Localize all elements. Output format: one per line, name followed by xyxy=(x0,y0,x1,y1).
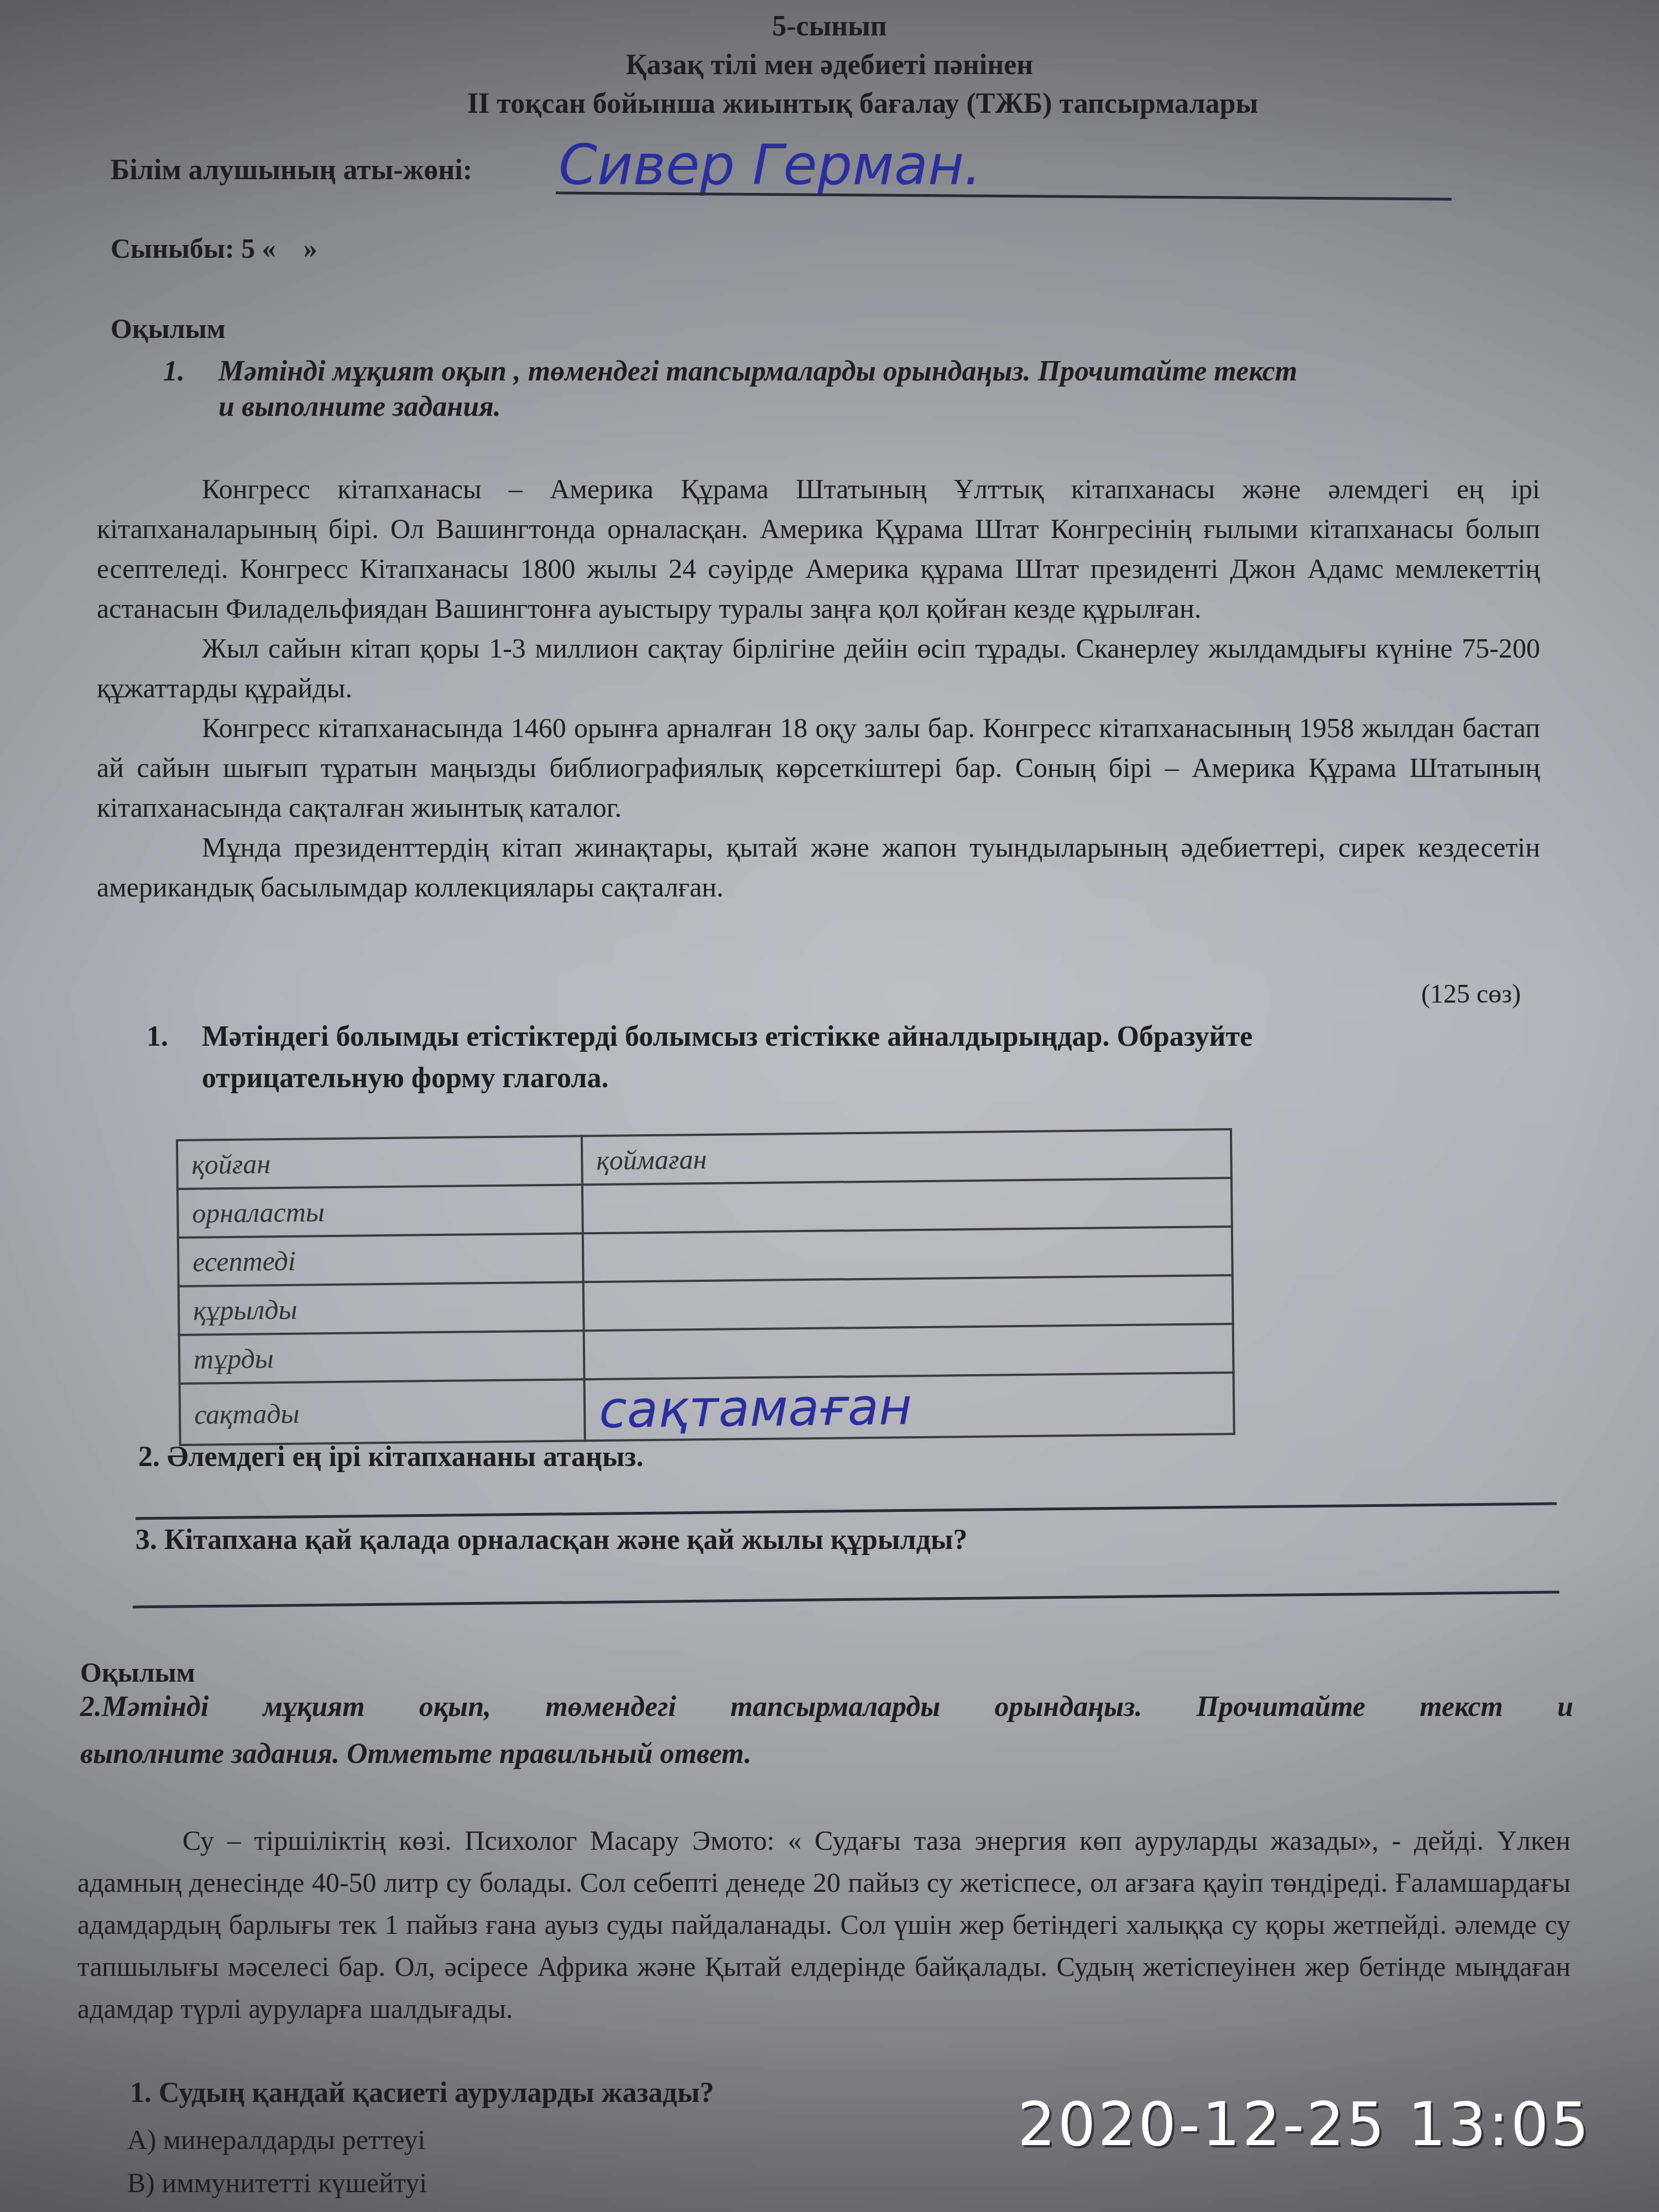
paragraph: Жыл сайын кітап қоры 1-3 миллион сақтау … xyxy=(97,628,1540,708)
verb-cell: есептеді xyxy=(178,1233,583,1286)
photo-timestamp: 2020-12-25 13:05 xyxy=(1018,2090,1591,2159)
document-title: II тоқсан бойынша жиынтық бағалау (ТЖБ) … xyxy=(33,87,1659,120)
name-label: Білім алушының аты-жөні: xyxy=(111,154,472,186)
verb-table: қойған қоймаған орналасты есептеді құрыл… xyxy=(176,1128,1235,1446)
section1-task-line2: и выполните задания. xyxy=(218,389,501,425)
reading-text-1: Конгресс кітапханасы – Америка Құрама Шт… xyxy=(97,469,1540,907)
q1-line1: Мәтіндегі болымды етістіктерді болымсыз … xyxy=(202,1020,1529,1053)
table-row: сақтады сақтамаған xyxy=(180,1373,1234,1445)
section2-heading: Оқылым xyxy=(80,1656,195,1688)
photographed-worksheet: 5-сынып Қазақ тілі мен әдебиеті пәнінен … xyxy=(0,0,1659,2212)
section2-task-line2: выполните задания. Отметьте правильный о… xyxy=(80,1736,752,1772)
q2-answer-line[interactable] xyxy=(135,1503,1557,1520)
verb-cell: қойған xyxy=(177,1136,582,1189)
negative-cell[interactable] xyxy=(583,1227,1233,1282)
grade-heading: 5-сынып xyxy=(0,10,1659,43)
paragraph: Конгресс кітапханасында 1460 орынға арна… xyxy=(97,708,1540,827)
q1-number: 1. xyxy=(147,1020,168,1053)
paragraph: Конгресс кітапханасы – Америка Құрама Шт… xyxy=(97,469,1540,628)
reading-text-2: Су – тіршіліктің көзі. Психолог Масару Э… xyxy=(77,1819,1571,2030)
class-label: Сыныбы: 5 « » xyxy=(111,232,317,264)
paragraph: Мұнда президенттердің кітап жинақтары, қ… xyxy=(97,827,1540,907)
negative-cell[interactable] xyxy=(582,1178,1232,1233)
section1-task-line1: Мәтінді мұқият оқып , төмендегі тапсырма… xyxy=(218,354,1535,389)
section1-task-number: 1. xyxy=(163,354,185,389)
negative-cell[interactable] xyxy=(583,1275,1233,1331)
word-count: (125 сөз) xyxy=(1421,979,1521,1009)
negative-cell[interactable] xyxy=(584,1324,1234,1379)
section1-heading: Оқылым xyxy=(111,312,226,345)
paragraph: Су – тіршіліктің көзі. Психолог Масару Э… xyxy=(77,1819,1571,2030)
negative-cell-handwritten[interactable]: сақтамаған xyxy=(585,1373,1234,1441)
verb-cell: орналасты xyxy=(178,1185,583,1238)
name-handwritten: Сивер Герман. xyxy=(559,133,982,197)
class-label-text: Сыныбы: xyxy=(111,233,234,264)
q3-answer-line[interactable] xyxy=(133,1590,1559,1608)
class-value: 5 « » xyxy=(241,233,317,264)
verb-cell: құрылды xyxy=(179,1282,584,1335)
mc-question: 1. Судың қандай қасиеті ауруларды жазады… xyxy=(130,2077,714,2109)
option-a[interactable]: А) минералдарды реттеуі xyxy=(127,2124,425,2156)
q3: 3. Кітапхана қай қалада орналасқан және … xyxy=(135,1524,968,1556)
q1-line2: отрицательную форму глагола. xyxy=(202,1062,608,1094)
verb-cell: сақтады xyxy=(180,1379,585,1445)
section2-task-line1: 2.Мәтінді мұқият оқып, төмендегі тапсырм… xyxy=(80,1689,1573,1725)
negative-cell[interactable]: қоймаған xyxy=(582,1129,1232,1185)
q2: 2. Әлемдегі ең ірі кітапхананы атаңыз. xyxy=(138,1441,643,1473)
subject-heading: Қазақ тілі мен әдебиеті пәнінен xyxy=(0,49,1659,81)
option-b[interactable]: В) иммунитетті күшейтуі xyxy=(127,2167,427,2199)
verb-cell: тұрды xyxy=(179,1331,585,1384)
